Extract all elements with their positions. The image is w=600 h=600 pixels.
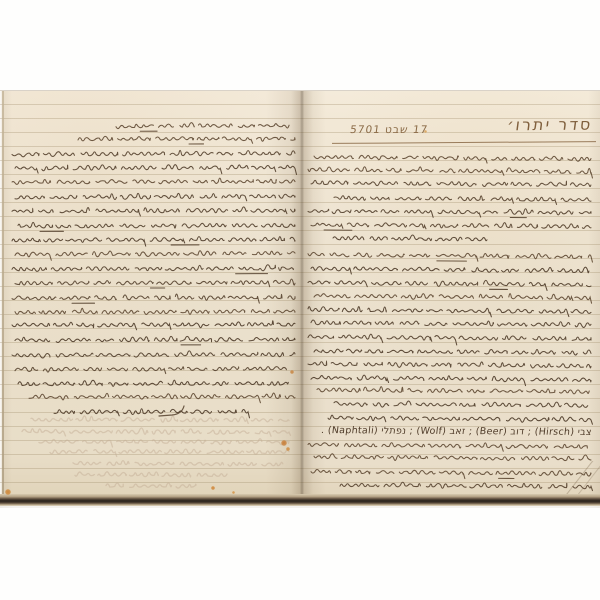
notebook-photo: סדר יתרו׳ 17 שבט 5701 צבי (Hirsch) ; דוב… bbox=[0, 90, 600, 508]
left-page bbox=[0, 91, 302, 496]
page-bottom-edges bbox=[0, 494, 600, 506]
foxing-spot bbox=[281, 440, 287, 446]
scan-background: סדר יתרו׳ 17 שבט 5701 צבי (Hirsch) ; דוב… bbox=[0, 0, 600, 600]
foxing-spot bbox=[211, 486, 215, 490]
foxing-spot bbox=[286, 447, 290, 451]
binding-gutter bbox=[291, 91, 313, 496]
end-flourish-mark bbox=[156, 405, 190, 421]
foxing-spot bbox=[290, 370, 294, 374]
page-corner-edges bbox=[554, 461, 600, 495]
foxing-spot bbox=[5, 489, 11, 495]
right-page: סדר יתרו׳ 17 שבט 5701 צבי (Hirsch) ; דוב… bbox=[302, 91, 600, 496]
left-page-bleedthrough-text bbox=[0, 91, 302, 496]
left-page-edge bbox=[2, 91, 4, 496]
foxing-spot bbox=[424, 130, 427, 133]
handwriting-line bbox=[332, 230, 488, 247]
foxing-spot bbox=[232, 491, 235, 494]
names-gloss-line: צבי (Hirsch) ; דוב (Beer) ; זאב (Wolf) ;… bbox=[321, 425, 593, 438]
ghost-handwriting-line bbox=[105, 478, 197, 494]
